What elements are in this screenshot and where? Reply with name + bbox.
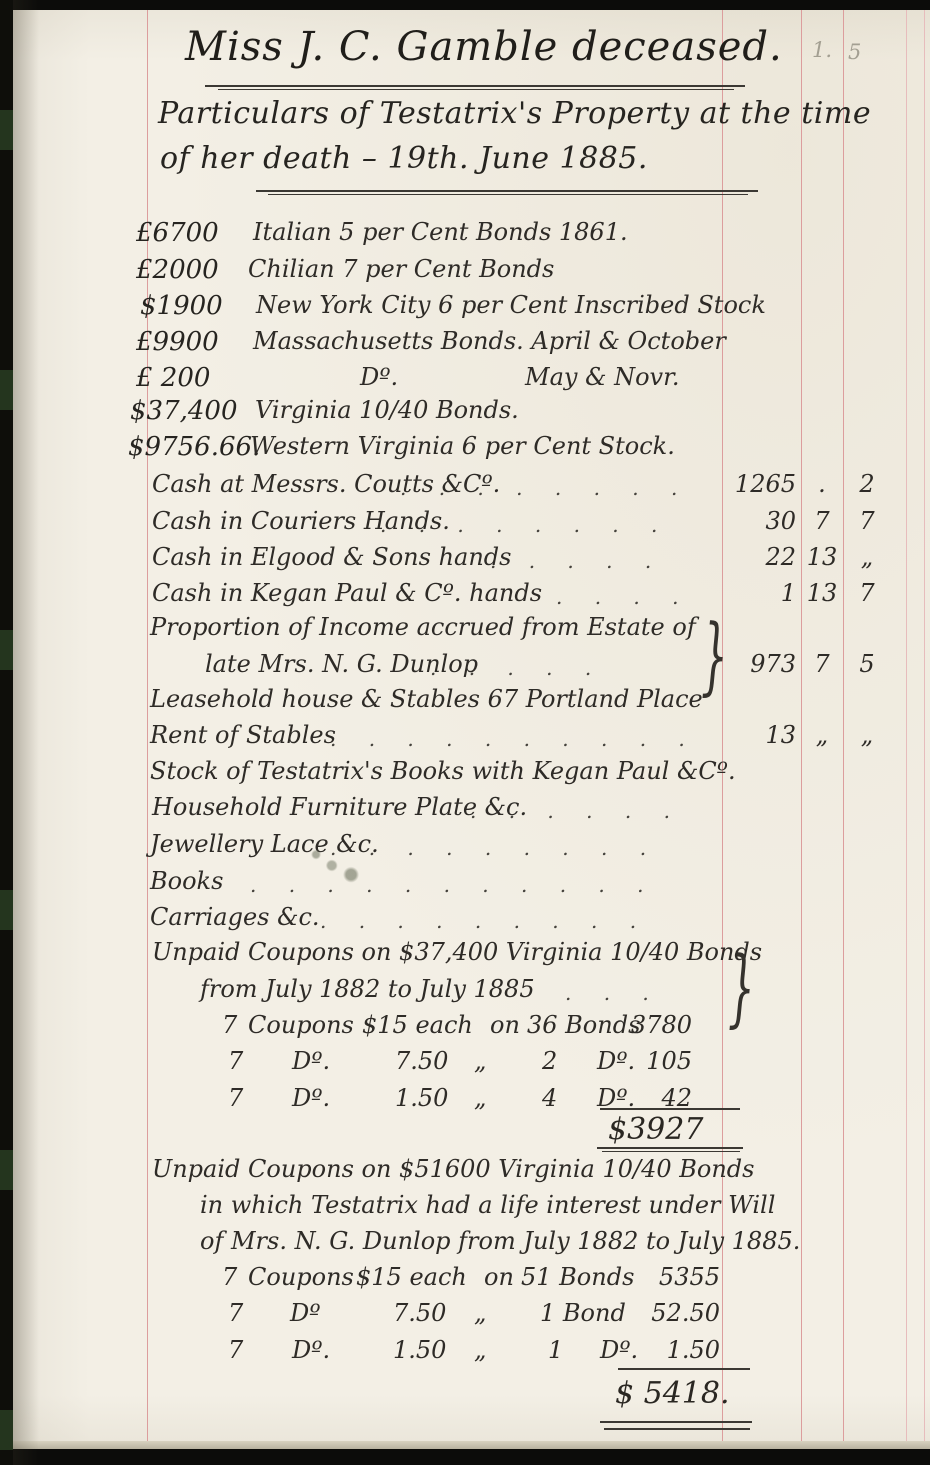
property-desc: Stock of Testatrix's Books with Kegan Pa… (150, 757, 736, 785)
shillings-value: 13 (802, 579, 842, 607)
dot-leader: . . . . . . . . . . (330, 727, 685, 751)
property-desc: Rent of Stables (150, 721, 336, 749)
pence-value: 7 (844, 507, 890, 535)
dot-leader: . . . . (556, 585, 679, 609)
holding-desc: Chilian 7 per Cent Bonds (248, 255, 554, 283)
coupons2-line3: of Mrs. N. G. Dunlop from July 1882 to J… (200, 1227, 800, 1255)
holding-desc: New York City 6 per Cent Inscribed Stock (256, 291, 766, 319)
holding-desc: Massachusetts Bonds. April & October (253, 327, 726, 355)
coupons2-line1: Unpaid Coupons on $51600 Virginia 10/40 … (152, 1155, 754, 1183)
coupon-row: 7 Dº. 1.50 „ 1 Dº. 1.50 (0, 1336, 930, 1378)
holding-amount: $9756.66. (128, 432, 260, 462)
pounds-value: 1 (698, 579, 796, 607)
coupons2-total: $ 5418. (615, 1376, 730, 1411)
coupon-count: 7 (228, 1299, 243, 1327)
coupon-value: 105 (598, 1047, 692, 1075)
subtitle-line2: of her death – 19th. June 1885. (160, 141, 648, 176)
income-desc: Proportion of Income accrued from Estate… (150, 613, 696, 641)
holding-amount: £6700 (136, 218, 219, 248)
dot-leader: . . . . . . . . (380, 513, 657, 537)
pence-value: „ (844, 543, 890, 571)
total-rule-below (597, 1147, 743, 1149)
title-underline-2 (218, 89, 734, 90)
coupon-bonds: 4 (542, 1084, 557, 1112)
coupon-row: 7 Dº. 1.50 „ 4 Dº. 42 (0, 1084, 930, 1126)
coupon-ditto-mark: „ (474, 1084, 486, 1112)
coupon-ditto-mark: „ (474, 1336, 486, 1364)
coupon-ditto-mark: „ (474, 1047, 486, 1075)
pence-value: 2 (844, 470, 890, 498)
book-binding-edge (0, 0, 13, 1465)
ledger-page-photo: 1. 5 Miss J. C. Gamble deceased. Particu… (0, 0, 930, 1465)
holding-amount: $1900 (140, 291, 223, 321)
coupons1-line1: Unpaid Coupons on $37,400 Virginia 10/40… (152, 938, 762, 966)
coupon-unit: Coupons (248, 1263, 354, 1291)
subtitle-line1: Particulars of Testatrix's Property at t… (158, 96, 871, 131)
paper-bottom-edge (10, 1441, 930, 1449)
total-rule-above (600, 1108, 740, 1110)
holding-desc: May & Novr. (525, 363, 680, 391)
page-title: Miss J. C. Gamble deceased. (185, 24, 783, 70)
property-desc: Books (150, 867, 223, 895)
cash-desc: Cash in Kegan Paul & Cº. hands (152, 579, 542, 607)
coupon-count: 7 (222, 1011, 237, 1039)
dot-leader: . . . . . (430, 656, 591, 680)
photo-border-bottom (0, 1449, 930, 1465)
coupon-value: 52.50 (616, 1299, 720, 1327)
dot-leader: . . . . . . . . (400, 476, 677, 500)
coupons1-heading: Unpaid Coupons on $37,400 Virginia 10/40… (0, 938, 930, 980)
pencil-mark: 1. (812, 38, 832, 62)
binding-shadow (13, 0, 39, 1465)
holding-desc: Virginia 10/40 Bonds. (255, 396, 519, 424)
dot-leader: . . . . . . (470, 799, 670, 823)
pounds-value: 1265 (698, 470, 796, 498)
holding-amount: £ 200 (136, 363, 210, 393)
coupons1-total: $3927 (608, 1112, 703, 1147)
dot-leader: . . . . . (490, 549, 651, 573)
coupon-ditto: Dº. (292, 1084, 330, 1112)
shillings-value: 7 (802, 507, 842, 535)
coupon-count: 7 (228, 1084, 243, 1112)
income-row-line1: Proportion of Income accrued from Estate… (0, 613, 930, 655)
pounds-value: 30 (698, 507, 796, 535)
coupons1-line2: from July 1882 to July 1885 (200, 975, 535, 1003)
coupon-value: 5355 (616, 1263, 720, 1291)
dot-leader: . . . . . . . . . . . (250, 873, 644, 897)
coupon-value: 3780 (598, 1011, 692, 1039)
coupon-count: 7 (222, 1263, 237, 1291)
property-row: Jewellery Lace &c. . . . . . . . . . (0, 830, 930, 872)
total2-rule-below-2 (604, 1428, 750, 1430)
holding-desc: Italian 5 per Cent Bonds 1861. (253, 218, 628, 246)
coupon-count: 7 (228, 1336, 243, 1364)
coupon-row: 7 Dº 7.50 „ 1 Bond 52.50 (0, 1299, 930, 1341)
pence-value: „ (844, 721, 890, 749)
property-desc: Carriages &c. (150, 903, 320, 931)
dot-leader: . . . . . . . . . (330, 836, 646, 860)
pence-value: 5 (844, 650, 890, 678)
cash-row: Cash at Messrs. Coutts &Cº. . . . . . . … (0, 470, 930, 512)
pounds-value: 13 (698, 721, 796, 749)
coupons2-line2: in which Testatrix had a life interest u… (200, 1191, 775, 1219)
coupon-ditto: Dº. (292, 1047, 330, 1075)
holding-row: $9756.66. Western Virginia 6 per Cent St… (0, 432, 930, 474)
shillings-value: . (802, 470, 842, 498)
coupon-rate: 1.50 (393, 1336, 446, 1364)
coupon-bonds: 1 Bond (540, 1299, 626, 1327)
coupon-row: 7 Dº. 7.50 „ 2 Dº. 105 (0, 1047, 930, 1089)
property-row: Household Furniture Plate &c. . . . . . … (0, 793, 930, 835)
coupon-ditto: Dº (290, 1299, 321, 1327)
coupon-rate: 7.50 (393, 1299, 446, 1327)
pence-value: 7 (844, 579, 890, 607)
pounds-value: 22 (698, 543, 796, 571)
coupon-rate: 7.50 (395, 1047, 448, 1075)
pounds-value: 973 (698, 650, 796, 678)
holding-amount: £2000 (136, 255, 219, 285)
coupon-bonds: 1 (548, 1336, 563, 1364)
coupon-on: on (490, 1011, 520, 1039)
subtitle-underline-2 (268, 194, 748, 195)
coupon-ditto: Dº. (292, 1336, 330, 1364)
total2-rule-below (600, 1421, 752, 1423)
coupon-rate: 1.50 (395, 1084, 448, 1112)
photo-border-top (0, 0, 930, 10)
total-rule-below-2 (602, 1151, 740, 1152)
holding-row: £6700 Italian 5 per Cent Bonds 1861. (0, 218, 930, 260)
holding-amount: £9900 (136, 327, 219, 357)
holding-desc: Western Virginia 6 per Cent Stock. (250, 432, 675, 460)
shillings-value: 13 (802, 543, 842, 571)
holding-ditto: Dº. (360, 363, 398, 391)
dot-leader: . . . . . . . . . (320, 909, 636, 933)
total2-rule-above (618, 1368, 750, 1370)
coupon-rate: $15 each (362, 1011, 473, 1039)
coupon-bonds: 2 (542, 1047, 557, 1075)
pencil-mark: 5 (848, 40, 861, 64)
coupon-on: on (484, 1263, 514, 1291)
coupon-count: 7 (228, 1047, 243, 1075)
coupon-unit: Coupons (248, 1011, 354, 1039)
shillings-value: 7 (802, 650, 842, 678)
coupon-ditto-mark: „ (474, 1299, 486, 1327)
title-underline (205, 85, 745, 87)
dot-leader: . . . (565, 981, 649, 1005)
subtitle-underline (256, 190, 758, 192)
shillings-value: „ (802, 721, 842, 749)
holding-amount: $37,400 (130, 396, 238, 426)
cash-desc: Cash in Elgood & Sons hands (152, 543, 511, 571)
coupon-value: 1.50 (616, 1336, 720, 1364)
property-desc: Leasehold house & Stables 67 Portland Pl… (150, 685, 703, 713)
coupon-rate: $15 each (356, 1263, 467, 1291)
